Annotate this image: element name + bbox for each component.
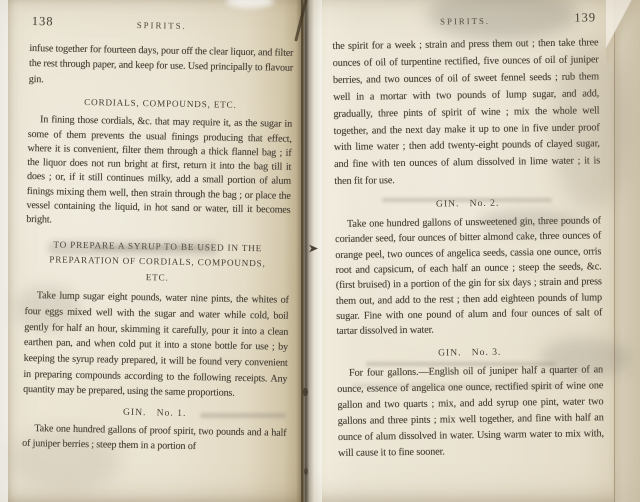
- paragraph-fining-cordials: In fining those cordials, &c. that may r…: [26, 113, 292, 232]
- heading-gin-no1: GIN. No. 1.: [23, 405, 287, 421]
- running-head-right: SPIRITS.: [332, 14, 598, 28]
- paragraph-syrup-recipe: Take lump sugar eight pounds, water nine…: [23, 288, 289, 403]
- book-fore-edge: [614, 0, 640, 502]
- paragraph-infuse-continuation: infuse together for fourteen days, pour …: [29, 41, 294, 92]
- left-page-header: 138 SPIRITS.: [30, 14, 294, 37]
- paragraph-gin-no1-continuation: the spirit for a week ; strain and press…: [332, 35, 600, 191]
- heading-prepare-syrup: TO PREPARE A SYRUP TO BE USED IN THE PRE…: [25, 237, 290, 288]
- open-book: 138 SPIRITS. infuse together for fourtee…: [0, 0, 640, 502]
- running-head-left: SPIRITS.: [30, 18, 294, 33]
- right-page-header: SPIRITS. 139: [332, 10, 598, 32]
- left-page-text-block: 138 SPIRITS. infuse together for fourtee…: [22, 14, 294, 457]
- paragraph-gin-no1-start: Take one hundred gallons of proof spirit…: [22, 421, 287, 457]
- heading-cordials-compounds: CORDIALS, COMPOUNDS, ETC.: [28, 96, 292, 111]
- book-photo: 138 SPIRITS. infuse together for fourtee…: [0, 0, 640, 502]
- ink-mark: [303, 388, 308, 396]
- heading-gin-no2: GIN. No. 2.: [335, 196, 601, 211]
- page-number-139: 139: [574, 10, 596, 25]
- heading-gin-no3: GIN. No. 3.: [337, 345, 603, 360]
- ink-mark: [304, 468, 308, 475]
- right-page-text-block: SPIRITS. 139 the spirit for a week ; str…: [332, 10, 604, 462]
- book-spine-gutter: [296, 0, 322, 502]
- page-corner-curl: [606, 0, 640, 70]
- paragraph-gin-no2-recipe: Take one hundred gallons of unsweetened …: [335, 213, 603, 339]
- paragraph-gin-no3-recipe: For four gallons.—English oil of juniper…: [337, 362, 604, 462]
- spine-crease-line: [301, 0, 303, 502]
